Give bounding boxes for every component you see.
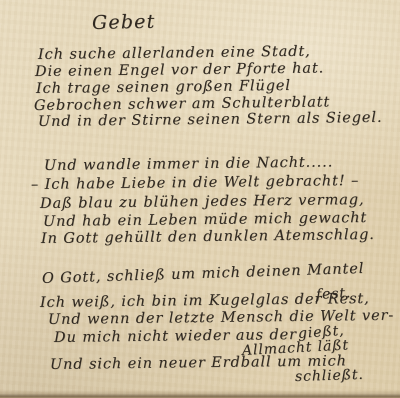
poem-title: Gebet — [92, 11, 156, 34]
page-bottom-edge-shadow — [0, 390, 400, 398]
poem-line: – Ich habe Liebe in die Welt gebracht! – — [31, 173, 359, 193]
poem-line: Und in der Stirne seinen Stern als Siege… — [38, 110, 383, 130]
manuscript-page: Gebet Ich suche allerlanden eine Stadt, … — [0, 0, 400, 398]
poem-line: Und wandle immer in die Nacht..... — [44, 154, 333, 174]
poem-line: In Gott gehüllt den dunklen Atemschlag. — [41, 227, 375, 247]
poem-line-fragment: schließt. — [295, 367, 364, 385]
poem-line: Ich trage seinen großen Flügel — [36, 78, 291, 97]
poem-line: Ich suche allerlanden eine Stadt, — [38, 44, 311, 63]
poem-line: O Gott, schließ um mich deinen Mantel — [42, 261, 365, 287]
poem-line: Daß blau zu blühen jedes Herz vermag, — [40, 192, 365, 212]
